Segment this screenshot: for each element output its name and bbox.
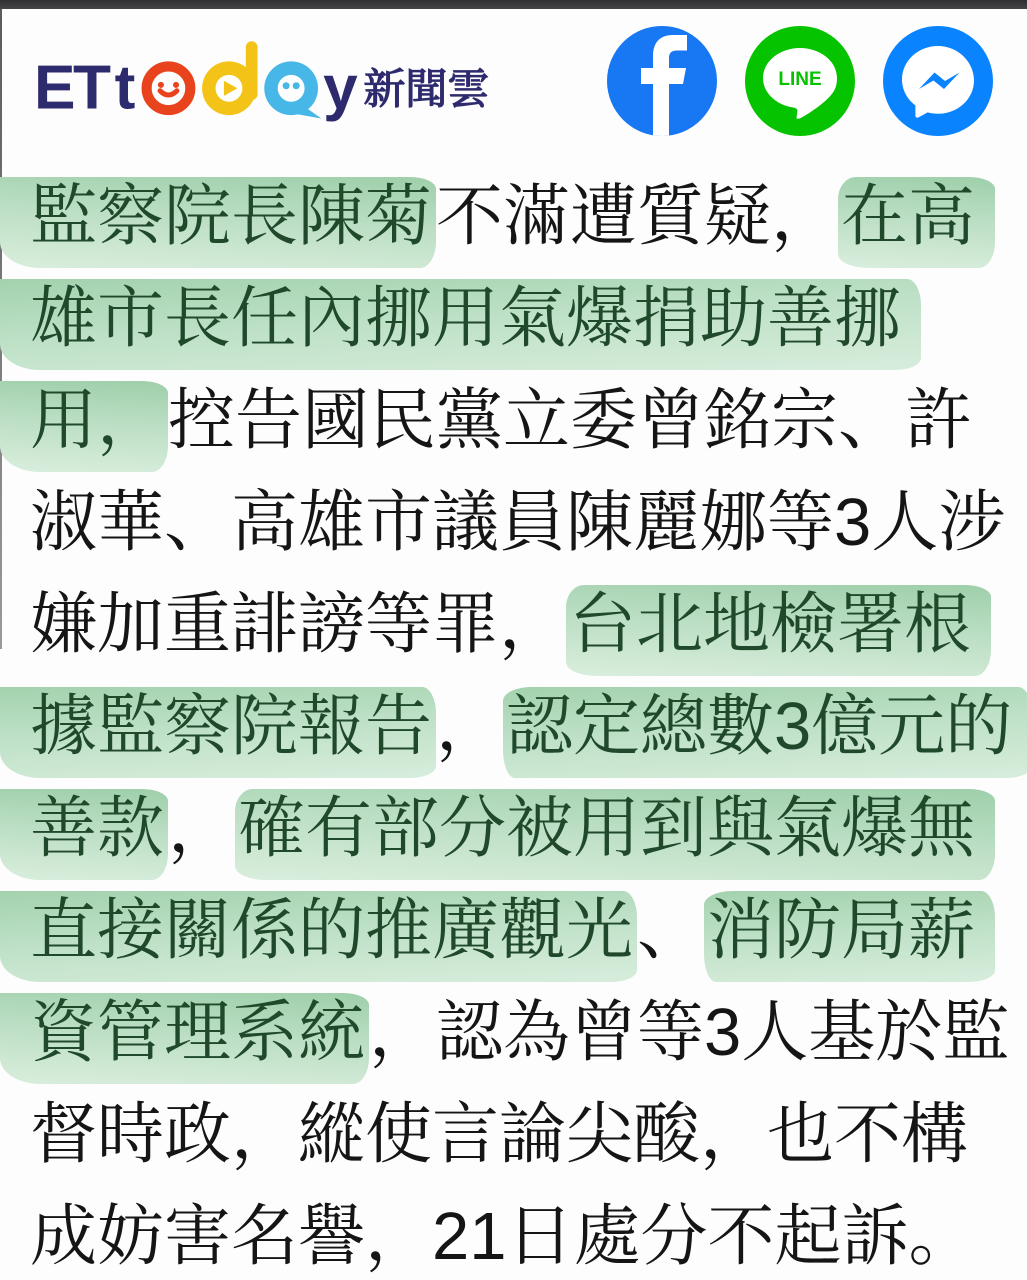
text-segment: ， bbox=[436, 689, 503, 764]
highlighted-text: 善款 bbox=[0, 789, 168, 880]
highlighted-text: 消防局薪 bbox=[704, 891, 995, 982]
logo-text-et: ET bbox=[34, 53, 111, 122]
text-segment: 成妨害名譽，21日處分不起訴。 bbox=[30, 1199, 976, 1274]
highlighted-text: 直接關係的推廣觀光 bbox=[0, 891, 637, 982]
article-line: 嫌加重誹謗等罪，台北地檢署根 bbox=[30, 574, 1005, 676]
text-segment: 不滿遭質疑， bbox=[436, 179, 838, 254]
logo-a-bubble-icon bbox=[264, 61, 321, 118]
share-buttons: LINE bbox=[607, 26, 993, 136]
article-line: 成妨害名譽，21日處分不起訴。 bbox=[30, 1186, 1005, 1280]
line-icon[interactable]: LINE bbox=[745, 26, 855, 136]
article-line: 督時政，縱使言論尖酸，也不構 bbox=[30, 1084, 1005, 1186]
text-segment: 嫌加重誹謗等罪， bbox=[30, 587, 566, 662]
messenger-icon[interactable] bbox=[883, 26, 993, 136]
text-segment: 、 bbox=[637, 893, 704, 968]
article-line: 據監察院報告，認定總數3億元的 bbox=[30, 676, 1005, 778]
text-segment: 督時政，縱使言論尖酸，也不構 bbox=[30, 1097, 968, 1172]
ettoday-logo[interactable]: ET t bbox=[34, 36, 492, 133]
text-segment: ， bbox=[168, 791, 235, 866]
text-segment: ， bbox=[369, 995, 436, 1070]
article-line: 資管理系統，認為曾等3人基於監 bbox=[30, 982, 1005, 1084]
article-line: 善款，確有部分被用到與氣爆無 bbox=[30, 778, 1005, 880]
article-text: 監察院長陳菊不滿遭質疑，在高雄市長任內挪用氣爆捐助善挪用，控告國民黨立委曾銘宗、… bbox=[0, 166, 1027, 1280]
highlighted-text: 用， bbox=[0, 381, 168, 472]
article-line: 監察院長陳菊不滿遭質疑，在高 bbox=[30, 166, 1005, 268]
text-segment: 淑華、高雄市議員陳麗娜等3人涉 bbox=[30, 485, 1005, 560]
text-segment: 認為曾等3人基於監 bbox=[436, 995, 1009, 1070]
article-line: 雄市長任內挪用氣爆捐助善挪 bbox=[30, 268, 1005, 370]
highlighted-text: 在高 bbox=[838, 177, 995, 268]
article-line: 用，控告國民黨立委曾銘宗、許 bbox=[30, 370, 1005, 472]
highlighted-text: 據監察院報告 bbox=[0, 687, 436, 778]
window-top-border bbox=[0, 0, 1027, 9]
text-segment: 控告國民黨立委曾銘宗、許 bbox=[168, 383, 972, 458]
logo-d-play-icon bbox=[202, 41, 257, 115]
site-header: ET t bbox=[0, 9, 1027, 159]
highlighted-text: 確有部分被用到與氣爆無 bbox=[235, 789, 995, 880]
highlighted-text: 台北地檢署根 bbox=[566, 585, 991, 676]
logo-text-t: t bbox=[115, 53, 136, 122]
highlighted-text: 認定總數3億元的 bbox=[503, 687, 1027, 778]
highlighted-text: 資管理系統 bbox=[0, 993, 369, 1084]
article-line: 淑華、高雄市議員陳麗娜等3人涉 bbox=[30, 472, 1005, 574]
article-line: 直接關係的推廣觀光、消防局薪 bbox=[30, 880, 1005, 982]
highlighted-text: 監察院長陳菊 bbox=[0, 177, 436, 268]
line-icon-label: LINE bbox=[778, 69, 821, 90]
logo-o-smiley-icon bbox=[147, 66, 191, 110]
facebook-icon[interactable] bbox=[607, 26, 717, 136]
logo-text-y: y bbox=[323, 53, 358, 122]
highlighted-text: 雄市長任內挪用氣爆捐助善挪 bbox=[0, 279, 921, 370]
logo-text-suffix: 新聞雲 bbox=[363, 65, 489, 112]
page: ET t bbox=[0, 0, 1027, 1280]
